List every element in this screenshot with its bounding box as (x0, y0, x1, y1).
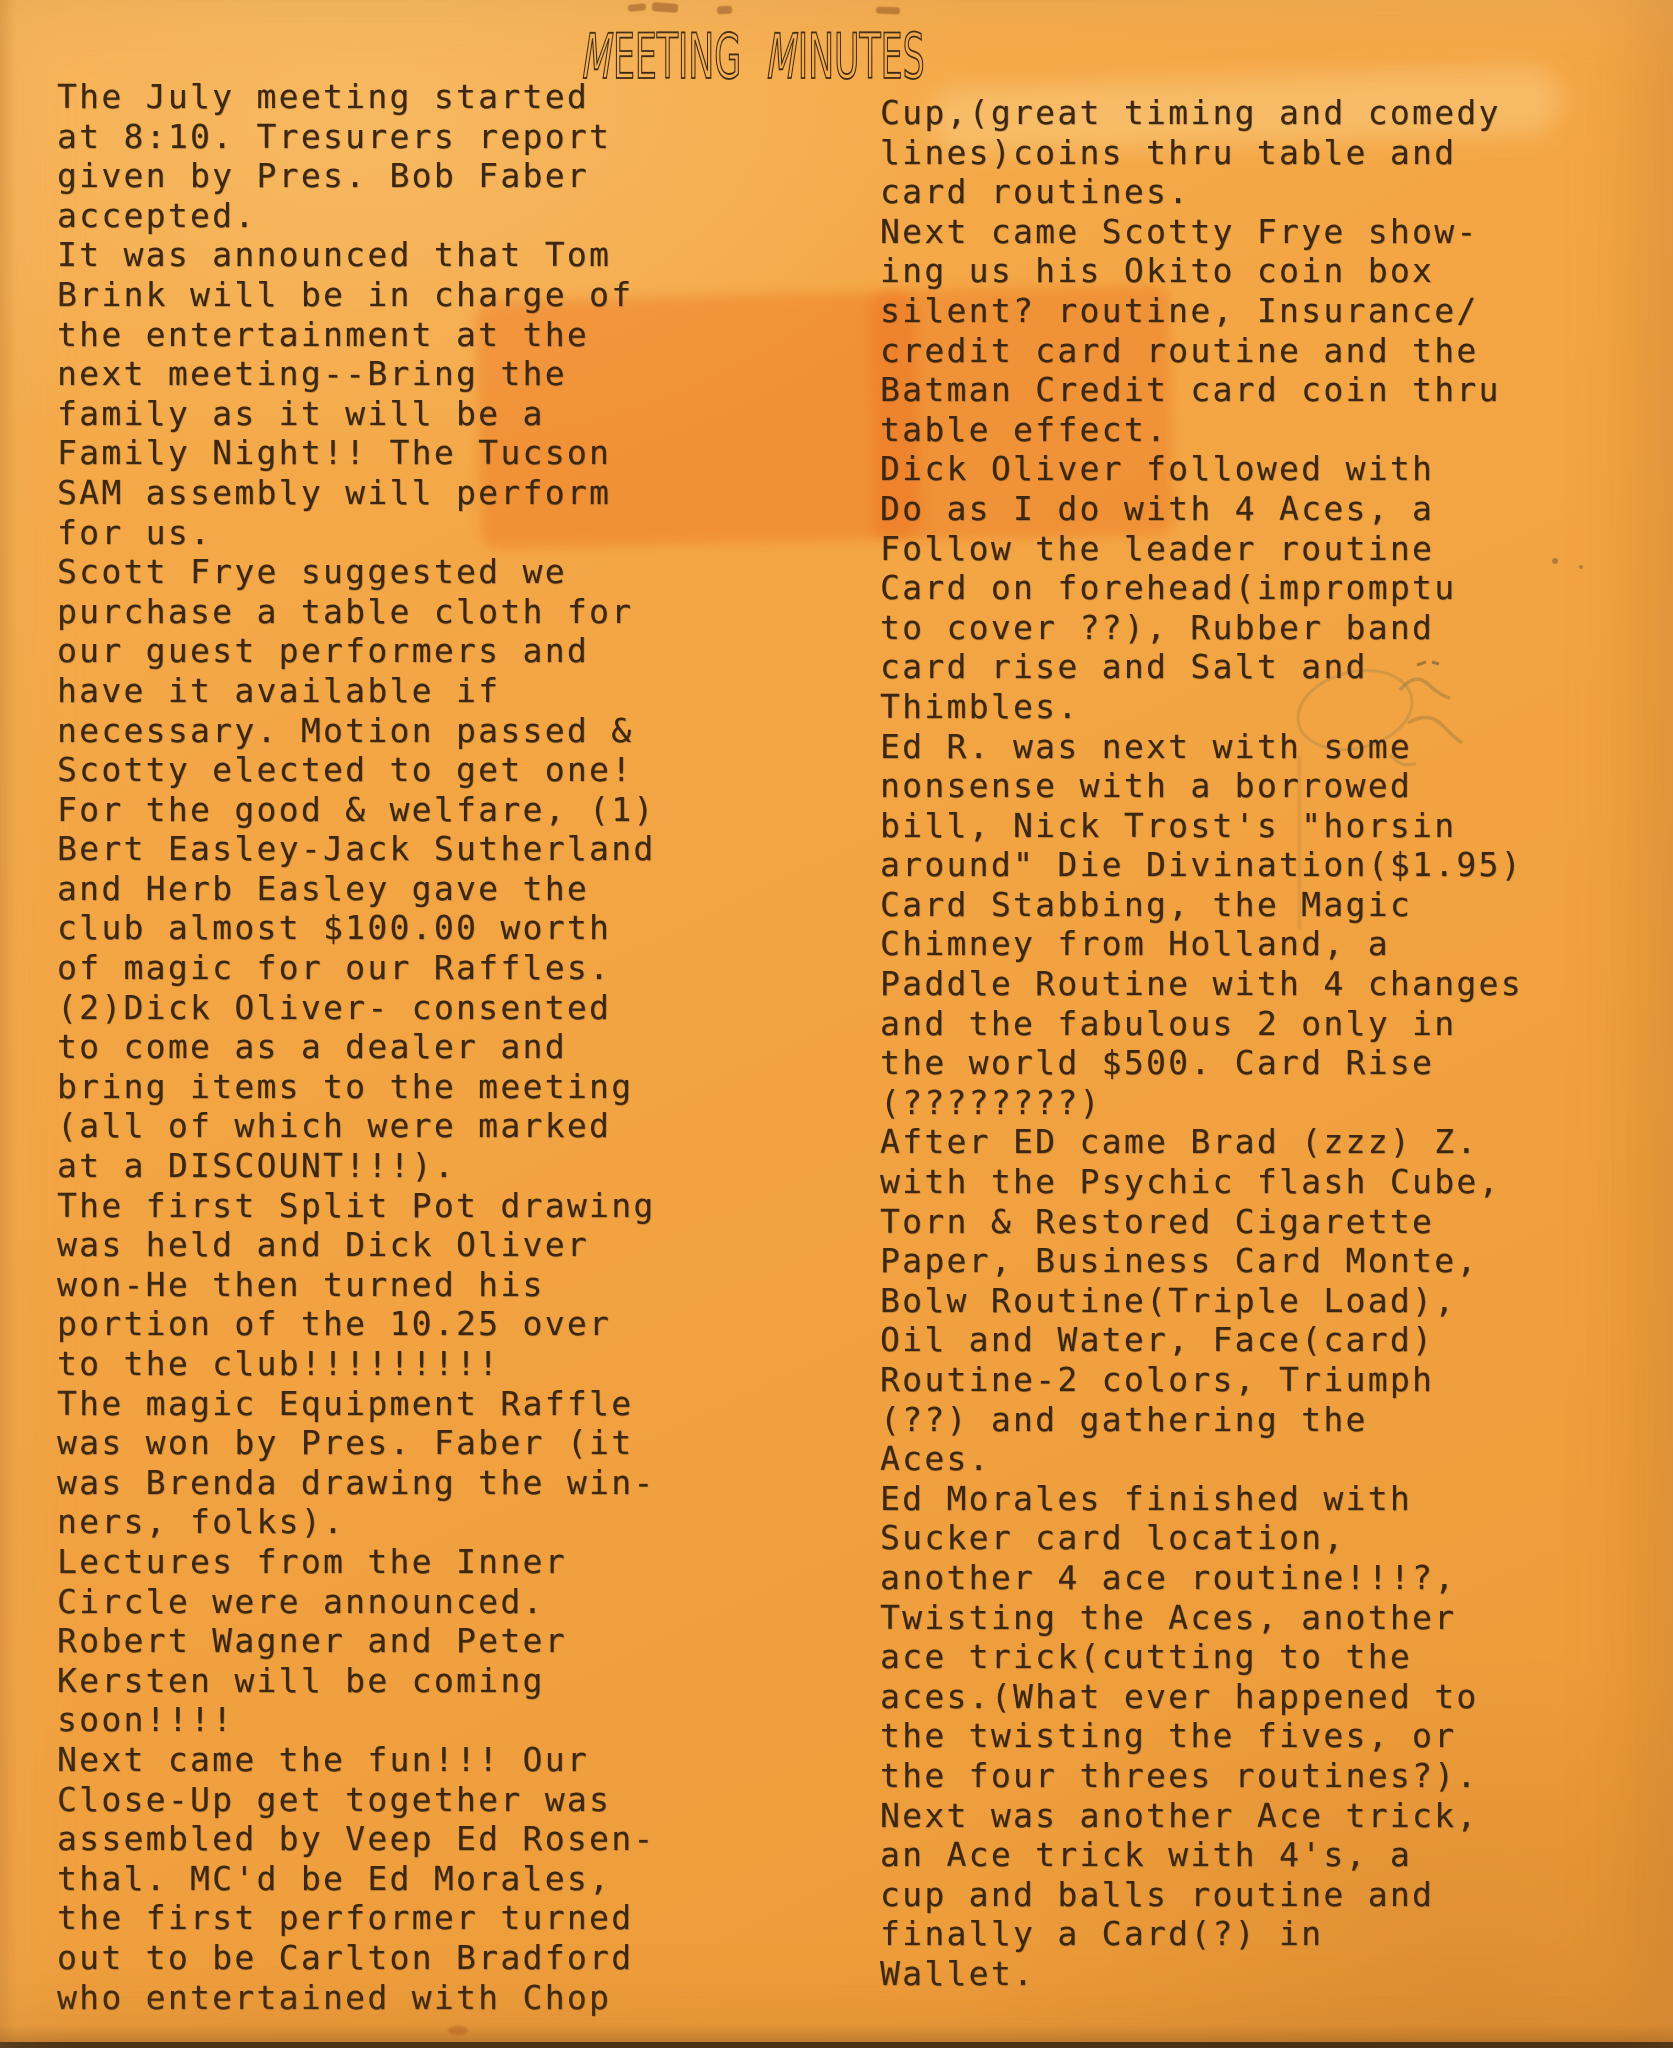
pencil-dots (1552, 558, 1558, 564)
scanned-page: MEETING MINUTES The July meeting started… (0, 0, 1673, 2048)
ink-smudge (717, 6, 732, 15)
ink-smudge (652, 2, 679, 13)
left-column-text: The July meeting started at 8:10. Tresur… (57, 77, 656, 2017)
ink-smudge (628, 3, 647, 12)
left-edge-shadow (0, 0, 16, 2048)
ink-smudge (876, 7, 900, 15)
page-bottom-edge (0, 2042, 1673, 2048)
right-column-text: Cup,(great timing and comedy lines)coins… (880, 93, 1523, 1994)
page-bottom-shadow (0, 2025, 1673, 2043)
